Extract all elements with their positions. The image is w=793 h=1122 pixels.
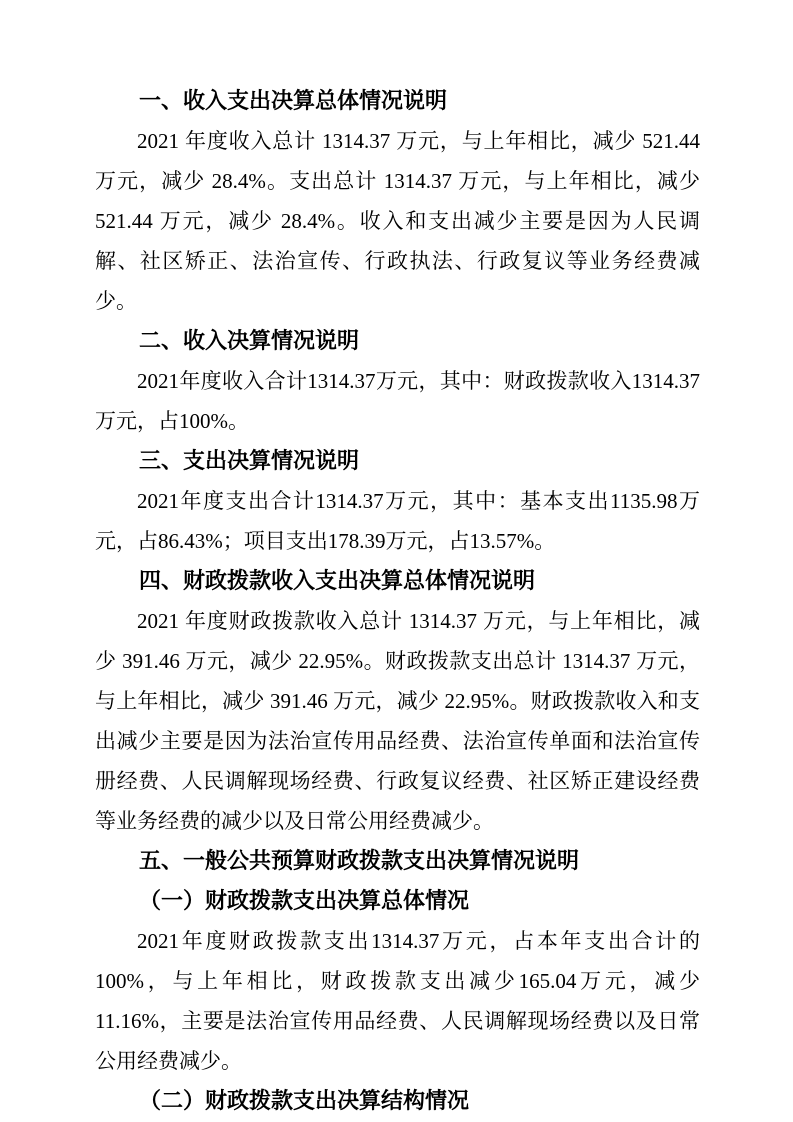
document-page: 一、收入支出决算总体情况说明 2021 年度收入总计 1314.37 万元，与上… — [0, 0, 793, 1122]
section-2-paragraph: 2021年度收入合计1314.37万元，其中：财政拨款收入1314.37万元，占… — [95, 361, 700, 441]
section-5-subheading-1-overall-situation: （一）财政拨款支出决算总体情况 — [95, 881, 700, 921]
section-4-heading-fiscal-appropriation-overview: 四、财政拨款收入支出决算总体情况说明 — [95, 561, 700, 601]
section-5-heading-public-budget-appropriation: 五、一般公共预算财政拨款支出决算情况说明 — [95, 841, 700, 881]
section-3-paragraph: 2021年度支出合计1314.37万元，其中：基本支出1135.98万元，占86… — [95, 481, 700, 561]
section-1-heading-income-expenditure-overview: 一、收入支出决算总体情况说明 — [95, 81, 700, 121]
section-4-paragraph: 2021 年度财政拨款收入总计 1314.37 万元，与上年相比，减少 391.… — [95, 601, 700, 841]
section-3-heading-expenditure-accounts: 三、支出决算情况说明 — [95, 441, 700, 481]
section-5-subheading-2-structure-situation: （二）财政拨款支出决算结构情况 — [95, 1081, 700, 1121]
section-5-paragraph: 2021年度财政拨款支出1314.37万元，占本年支出合计的100%，与上年相比… — [95, 921, 700, 1081]
section-1-paragraph: 2021 年度收入总计 1314.37 万元，与上年相比，减少 521.44 万… — [95, 121, 700, 321]
section-2-heading-income-accounts: 二、收入决算情况说明 — [95, 321, 700, 361]
